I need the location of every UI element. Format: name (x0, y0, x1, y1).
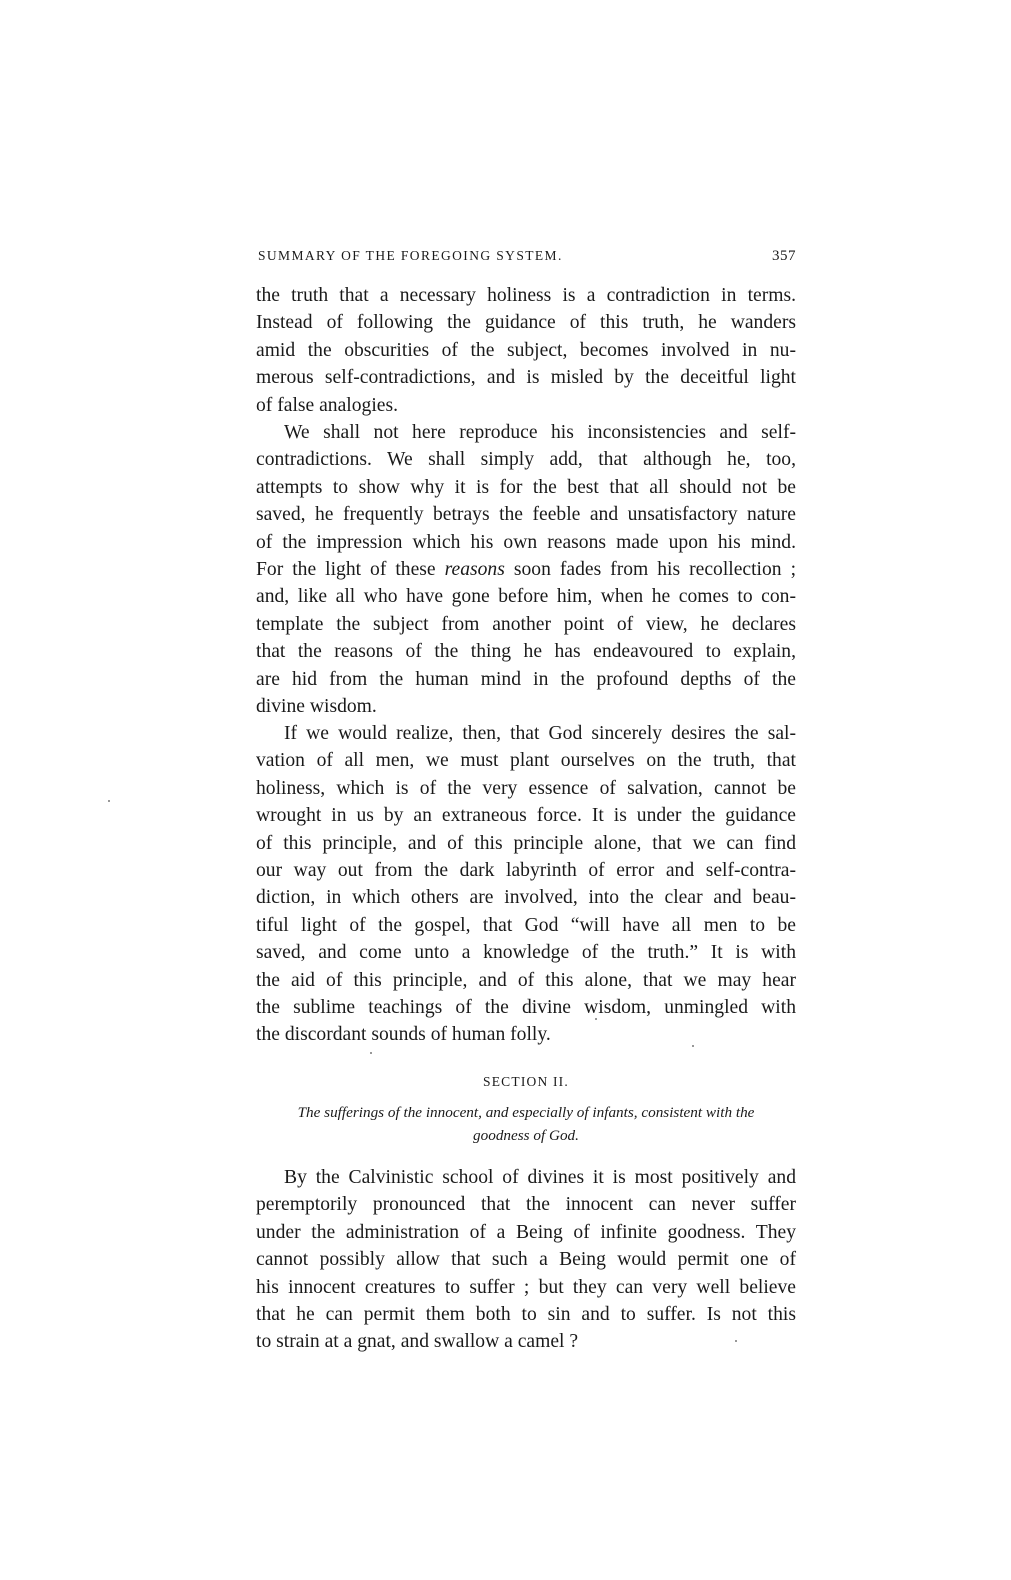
text-line-with-italic: For the light of these reasons soon fade… (256, 556, 796, 583)
page-number: 357 (772, 246, 796, 266)
section-subtitle-line-2: goodness of God. (256, 1124, 796, 1147)
text-line: If we would realize, then, that God sinc… (256, 720, 796, 747)
text-line: his innocent creatures to suffer ; but t… (256, 1274, 796, 1301)
scan-speck (595, 1018, 597, 1020)
text-line: merous self-contradictions, and is misle… (256, 364, 796, 391)
text-line: that he can permit them both to sin and … (256, 1301, 796, 1328)
text-line: are hid from the human mind in the profo… (256, 666, 796, 693)
text-line: We shall not here reproduce his inconsis… (256, 419, 796, 446)
text-line: amid the obscurities of the subject, bec… (256, 337, 796, 364)
text-line: By the Calvinistic school of divines it … (256, 1164, 796, 1191)
text-line: cannot possibly allow that such a Being … (256, 1246, 796, 1273)
text-line: of false analogies. (256, 392, 796, 419)
scan-speck (735, 1340, 737, 1342)
paragraph-2: We shall not here reproduce his inconsis… (256, 419, 796, 720)
text-line: vation of all men, we must plant ourselv… (256, 747, 796, 774)
scan-speck (108, 800, 110, 802)
text-line: the aid of this principle, and of this a… (256, 967, 796, 994)
text-line: attempts to show why it is for the best … (256, 474, 796, 501)
italic-emphasis: reasons (445, 559, 505, 580)
text-line: the truth that a necessary holiness is a… (256, 282, 796, 309)
text-line: under the administration of a Being of i… (256, 1219, 796, 1246)
text-line: saved, he frequently betrays the feeble … (256, 501, 796, 528)
text-line: contradictions. We shall simply add, tha… (256, 446, 796, 473)
section-subtitle: The sufferings of the innocent, and espe… (256, 1101, 796, 1147)
text-line: tiful light of the gospel, that God “wil… (256, 912, 796, 939)
text-line: of this principle, and of this principle… (256, 830, 796, 857)
scan-speck (370, 1052, 372, 1054)
running-title: SUMMARY OF THE FOREGOING SYSTEM. (258, 246, 563, 266)
text-line: wrought in us by an extraneous force. It… (256, 802, 796, 829)
text-line: the sublime teachings of the divine wisd… (256, 994, 796, 1021)
text-line: Instead of following the guidance of thi… (256, 309, 796, 336)
paragraph-3: If we would realize, then, that God sinc… (256, 720, 796, 1049)
book-page: SUMMARY OF THE FOREGOING SYSTEM. 357 the… (0, 0, 1011, 1580)
section-paragraph: By the Calvinistic school of divines it … (256, 1164, 796, 1356)
text-line: and, like all who have gone before him, … (256, 583, 796, 610)
text-line: template the subject from another point … (256, 611, 796, 638)
text-line: of the impression which his own reasons … (256, 529, 796, 556)
scan-speck (692, 1045, 694, 1047)
text-line: the discordant sounds of human folly. (256, 1021, 796, 1048)
text-line: divine wisdom. (256, 693, 796, 720)
section-heading: SECTION II. (256, 1072, 796, 1092)
text-line: peremptorily pronounced that the innocen… (256, 1191, 796, 1218)
section-subtitle-line-1: The sufferings of the innocent, and espe… (256, 1101, 796, 1124)
text-line: saved, and come unto a knowledge of the … (256, 939, 796, 966)
text-line: our way out from the dark labyrinth of e… (256, 857, 796, 884)
text-line: diction, in which others are involved, i… (256, 884, 796, 911)
text-line: holiness, which is of the very essence o… (256, 775, 796, 802)
paragraph-1: the truth that a necessary holiness is a… (256, 282, 796, 419)
text-line: that the reasons of the thing he has end… (256, 638, 796, 665)
text-line: to strain at a gnat, and swallow a camel… (256, 1328, 796, 1355)
